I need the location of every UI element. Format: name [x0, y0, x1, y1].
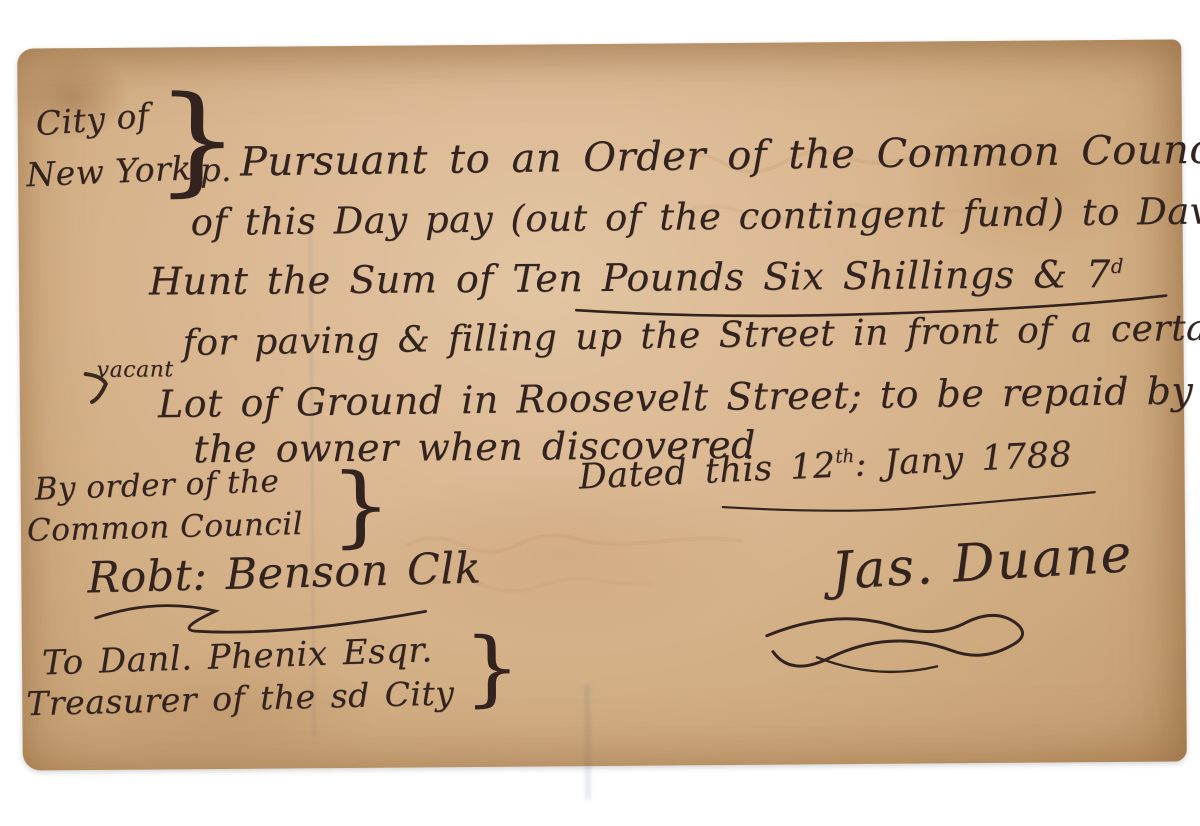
- sum-text: Ten Pounds Six Shillings & 7: [512, 252, 1111, 301]
- date-superscript: th: [835, 446, 855, 468]
- stain: [898, 100, 1159, 262]
- address-brace: }: [463, 637, 521, 701]
- clerk-signature: Robt: Benson Clk: [87, 544, 482, 604]
- date-underline: [721, 488, 1101, 515]
- ink-smudge: [584, 684, 591, 799]
- manuscript-paper: City of New York } p. Pursuant to an Ord…: [17, 39, 1187, 770]
- body-line-1: Pursuant to an Order of the Common Counc…: [240, 126, 1200, 185]
- attestation-line-1: By order of the: [34, 463, 280, 507]
- attestation-line-2: Common Council: [27, 506, 304, 549]
- per-mark: p.: [200, 151, 232, 189]
- attestation-brace: }: [330, 472, 392, 541]
- place-name-line-1: City of: [34, 96, 150, 144]
- date-post: : Jany 1788: [854, 435, 1073, 485]
- sum-superscript: d: [1111, 255, 1124, 278]
- inserted-word-vacant: vacant: [97, 357, 174, 383]
- body-line-5: Lot of Ground in Roosevelt Street; to be…: [158, 369, 1194, 427]
- body-line-2: of this Day pay (out of the contingent f…: [190, 189, 1200, 244]
- body-line-3-pre: Hunt the Sum of: [149, 257, 513, 304]
- body-line-3: Hunt the Sum of Ten Pounds Six Shillings…: [149, 252, 1124, 304]
- body-line-4: for paving & filling up the Street in fr…: [182, 307, 1200, 364]
- signature-flourish: [756, 585, 1057, 697]
- mayor-signature: Jas. Duane: [830, 524, 1135, 602]
